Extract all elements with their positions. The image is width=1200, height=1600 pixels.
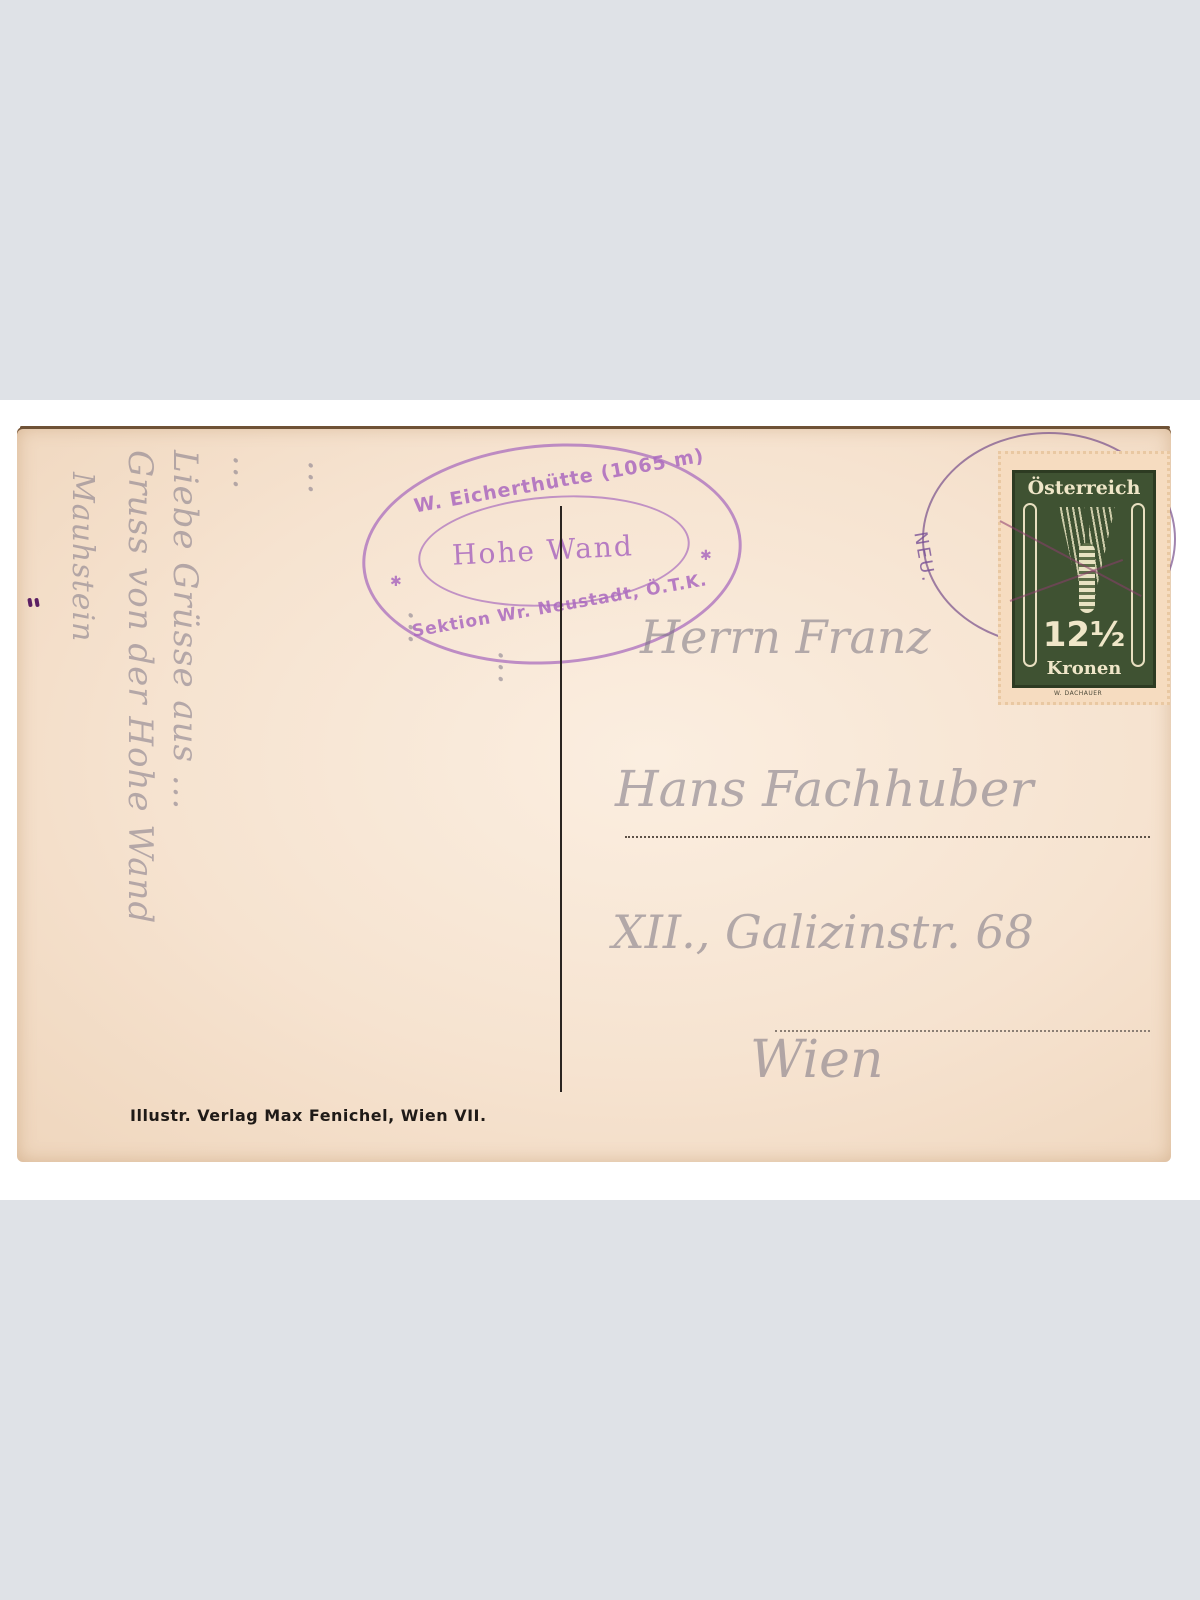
address-line-1: Herrn Franz <box>640 610 931 664</box>
stamp-currency: Kronen <box>1015 658 1153 679</box>
star-icon: ✱ <box>700 548 712 564</box>
message-line: Liebe Grüsse aus ... <box>165 450 205 810</box>
publisher-imprint: Illustr. Verlag Max Fenichel, Wien VII. <box>130 1106 487 1125</box>
address-line-4: Wien <box>750 1030 883 1090</box>
message-line: Gruss von der Hohe Wand <box>120 450 160 924</box>
address-line-2: Hans Fachhuber <box>615 760 1033 818</box>
address-dotted-line <box>625 836 1150 838</box>
message-line: ... <box>225 455 265 490</box>
postage-stamp: Österreich 12½ Kronen <box>1012 470 1156 688</box>
wheat-ear-icon <box>1079 543 1095 613</box>
postcard-top-edge <box>20 426 1170 429</box>
address-divider <box>560 506 562 1092</box>
message-line: ... <box>300 460 340 495</box>
margin-note: Mauhstein <box>65 472 100 642</box>
address-dotted-line <box>775 1030 1150 1032</box>
stamp-designer: W. DACHAUER <box>1054 690 1102 697</box>
star-icon: ✱ <box>390 574 402 590</box>
stamp-country: Österreich <box>1015 477 1153 499</box>
stamp-value: 12½ <box>1015 615 1153 655</box>
address-line-3: XII., Galizinstr. 68 <box>612 905 1034 959</box>
